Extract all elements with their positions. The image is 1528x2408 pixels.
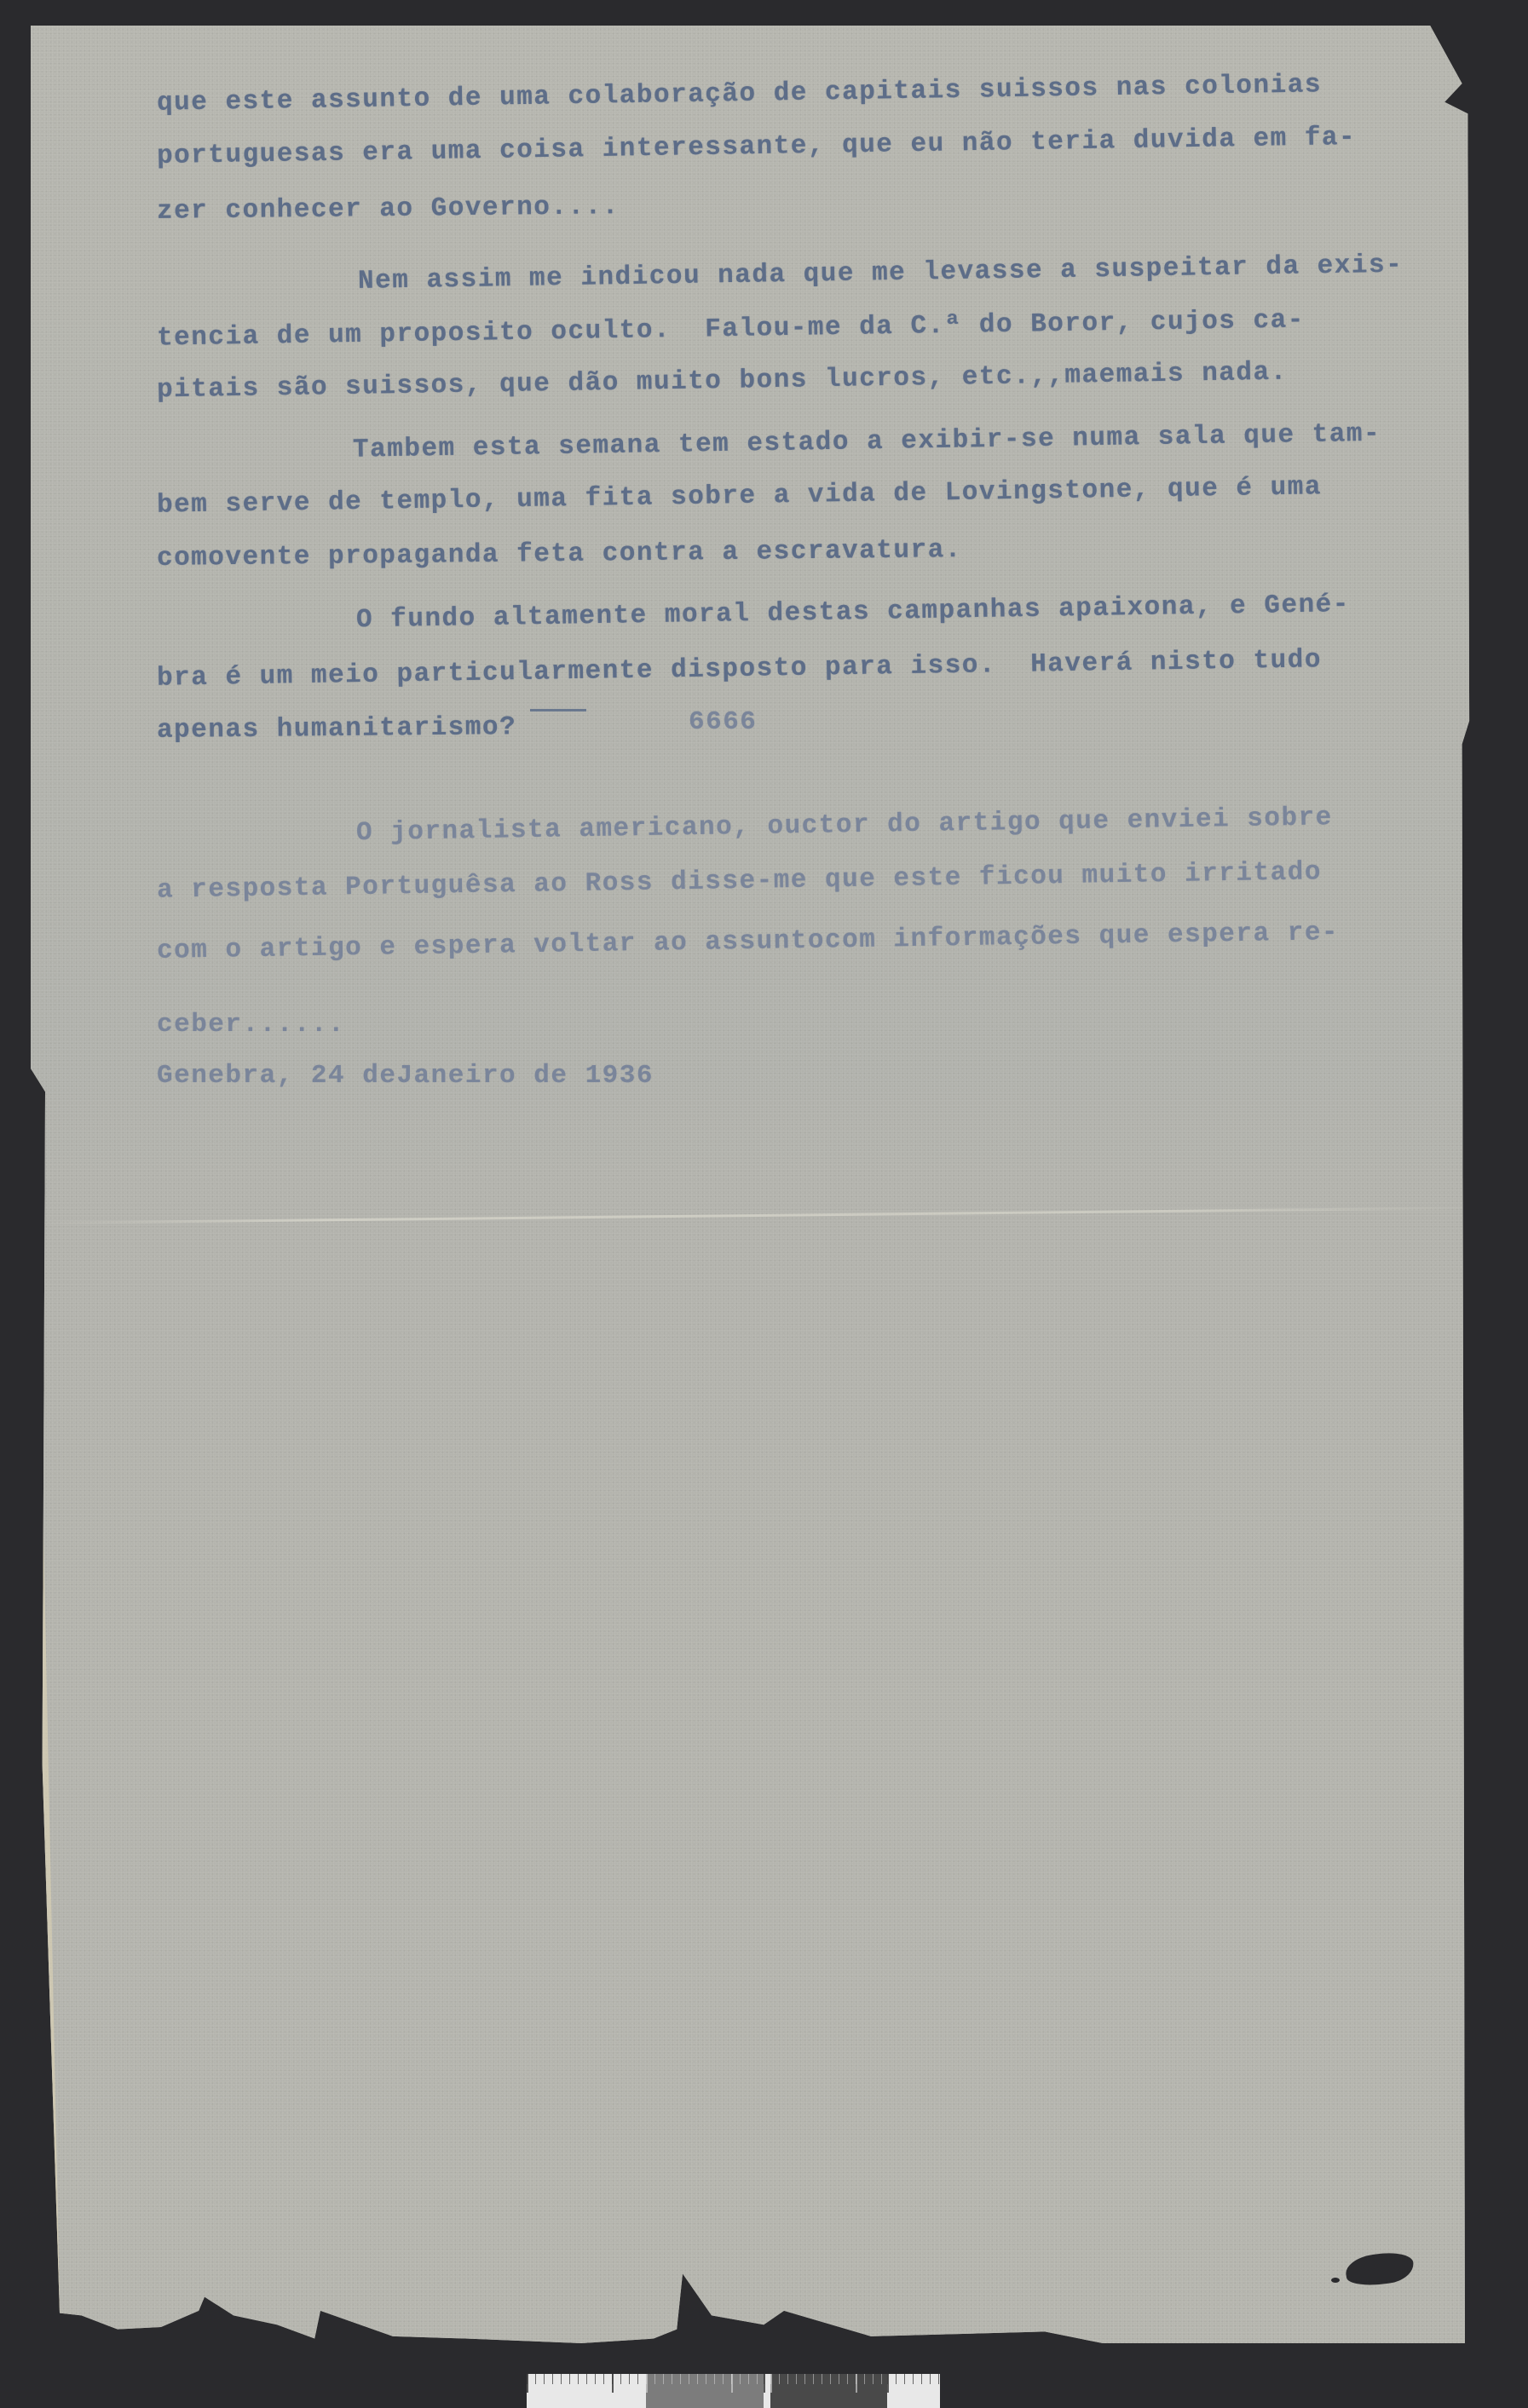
closing-place-date: Genebra, 24 deJaneiro de 1936 bbox=[157, 1063, 654, 1089]
trailing-mark: 6666 bbox=[689, 707, 757, 737]
ruler-segment-gray bbox=[646, 2374, 764, 2408]
ruler-segment-white bbox=[764, 2374, 770, 2408]
text-line: zer conhecer ao Governo.... bbox=[157, 193, 620, 225]
ruler-segment-white bbox=[887, 2374, 940, 2408]
ruler-segment-dark bbox=[770, 2374, 887, 2408]
text-line: apenas humanitarismo? bbox=[157, 714, 516, 744]
scale-ruler bbox=[527, 2374, 1485, 2408]
paper-hole-damage-small bbox=[1331, 2278, 1340, 2283]
section-separator-rule bbox=[530, 709, 586, 711]
text-line: ceber...... bbox=[157, 1011, 345, 1038]
paper-fold-crease bbox=[31, 1207, 1479, 1224]
ruler-segment-white bbox=[527, 2374, 646, 2408]
paper-hole-damage bbox=[1344, 2250, 1416, 2290]
